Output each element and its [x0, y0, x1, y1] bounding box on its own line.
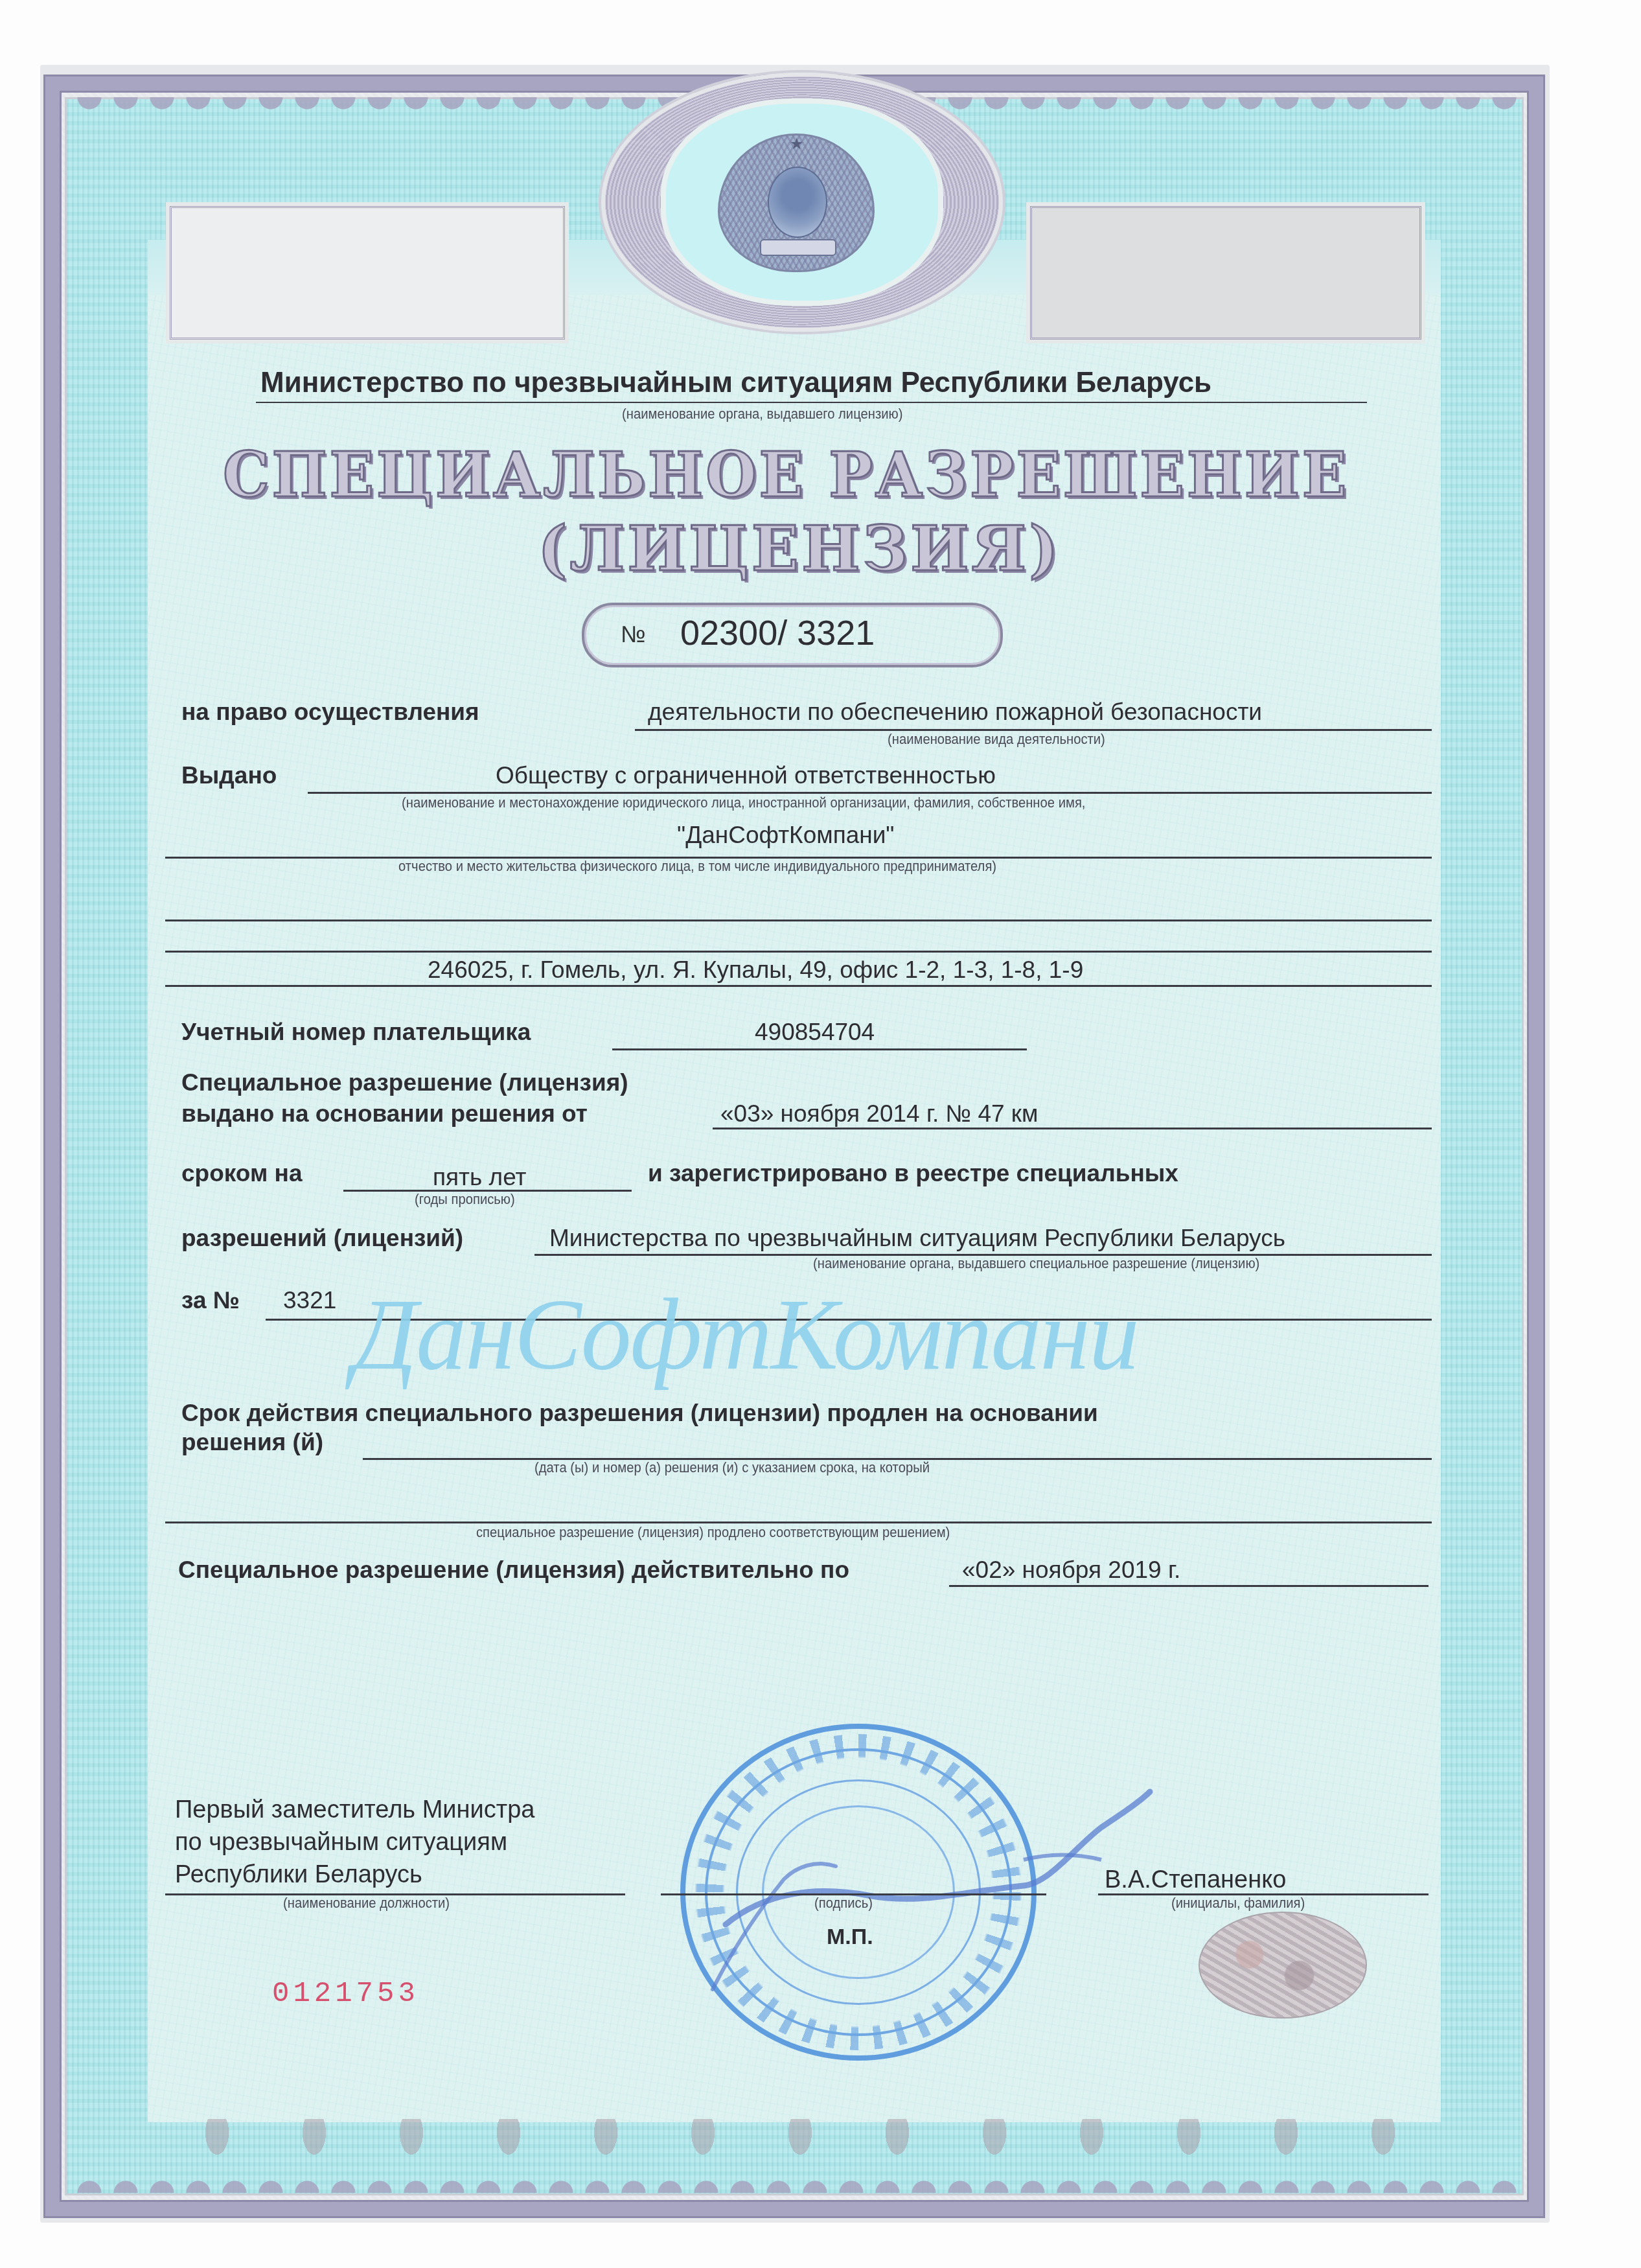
license-number: 02300/ 3321 [680, 613, 875, 653]
position-line3: Республики Беларусь [175, 1861, 422, 1889]
taxpayer-line [612, 1048, 1027, 1050]
issued-label: Выдано [181, 762, 277, 789]
extension-line2 [165, 1522, 1432, 1523]
document-title-line2: (ЛИЦЕНЗИЯ) [538, 512, 1061, 585]
valid-until-label: Специальное разрешение (лицензия) действ… [178, 1556, 849, 1584]
registry-hint: (наименование органа, выдавшего специаль… [813, 1255, 1259, 1272]
official-seal-stamp [680, 1724, 1037, 2061]
document-title-line1: СПЕЦИАЛЬНОЕ РАЗРЕШЕНИЕ [223, 438, 1349, 511]
hologram-sticker [1199, 1912, 1367, 2019]
basis-label-line2: выдано на основании решения от [181, 1100, 588, 1128]
basis-value: «03» ноября 2014 г. № 47 км [720, 1100, 1038, 1128]
issued-value-line2: "ДанСофтКомпани" [677, 822, 895, 849]
term-hint: (годы прописью) [415, 1191, 515, 1208]
issuer-hint: (наименование органа, выдавшего лицензию… [622, 406, 902, 422]
issued-hint1: (наименование и местонахождение юридичес… [402, 794, 1085, 811]
reg-number-value: 3321 [283, 1287, 336, 1314]
registered-label: и зарегистрировано в реестре специальных [648, 1160, 1178, 1187]
registry-label: разрешений (лицензий) [181, 1225, 463, 1252]
reg-number-label: за № [181, 1287, 240, 1314]
term-value: пять лет [433, 1164, 526, 1191]
blank-serial-number: 0121753 [272, 1978, 419, 2010]
taxpayer-value: 490854704 [755, 1019, 875, 1046]
basis-label-line1: Специальное разрешение (лицензия) [181, 1069, 628, 1096]
border-scallop-bottom [71, 2164, 1517, 2193]
seal-ring [762, 1805, 955, 1979]
star-icon: ★ [790, 137, 804, 152]
activity-label: на право осуществления [181, 699, 479, 726]
number-sign: № [621, 621, 646, 648]
blank-line-1 [165, 920, 1432, 921]
signature-hint: (подпись) [814, 1895, 873, 1912]
globe-icon [768, 167, 827, 238]
position-hint: (наименование должности) [283, 1895, 450, 1912]
basis-line [713, 1128, 1432, 1129]
extension-hint2: специальное разрешение (лицензия) продле… [476, 1524, 950, 1541]
extension-label-line2: решения (й) [181, 1429, 323, 1456]
extension-hint1: (дата (ы) и номер (а) решения (и) с указ… [534, 1459, 930, 1476]
valid-until-line [949, 1585, 1429, 1587]
position-line1: Первый заместитель Министра [175, 1796, 534, 1824]
activity-value: деятельности по обеспечению пожарной без… [648, 699, 1262, 726]
blank-box-left [170, 206, 565, 340]
position-line2: по чрезвычайным ситуациям [175, 1829, 507, 1857]
border-drops-bottom [168, 2119, 1425, 2164]
seal-label: М.П. [827, 1925, 873, 1950]
blank-box-right [1030, 206, 1421, 340]
issuing-authority: Министерство по чрезвычайным ситуациям Р… [260, 367, 1211, 399]
issued-line1 [308, 792, 1432, 794]
signer-hint: (инициалы, фамилия) [1171, 1895, 1305, 1912]
blank-line-2 [165, 951, 1432, 953]
extension-label-line1: Срок действия специального разрешения (л… [181, 1400, 1098, 1427]
valid-until-value: «02» ноября 2019 г. [962, 1556, 1180, 1584]
company-watermark: ДанСофтКомпани [353, 1277, 1138, 1393]
activity-hint: (наименование вида деятельности) [888, 731, 1105, 748]
issued-hint2: отчество и место жительства физического … [398, 858, 996, 875]
address-line [165, 985, 1432, 987]
issued-value-line1: Обществу с ограниченной ответственностью [496, 762, 996, 789]
signer-name: В.А.Степаненко [1105, 1866, 1286, 1894]
registry-value: Министерства по чрезвычайным ситуациям Р… [549, 1225, 1285, 1252]
taxpayer-label: Учетный номер плательщика [181, 1019, 531, 1046]
issuer-underline [256, 402, 1367, 403]
address-value: 246025, г. Гомель, ул. Я. Купалы, 49, оф… [428, 956, 1083, 984]
ribbon-icon [760, 239, 836, 256]
term-label: сроком на [181, 1160, 303, 1187]
